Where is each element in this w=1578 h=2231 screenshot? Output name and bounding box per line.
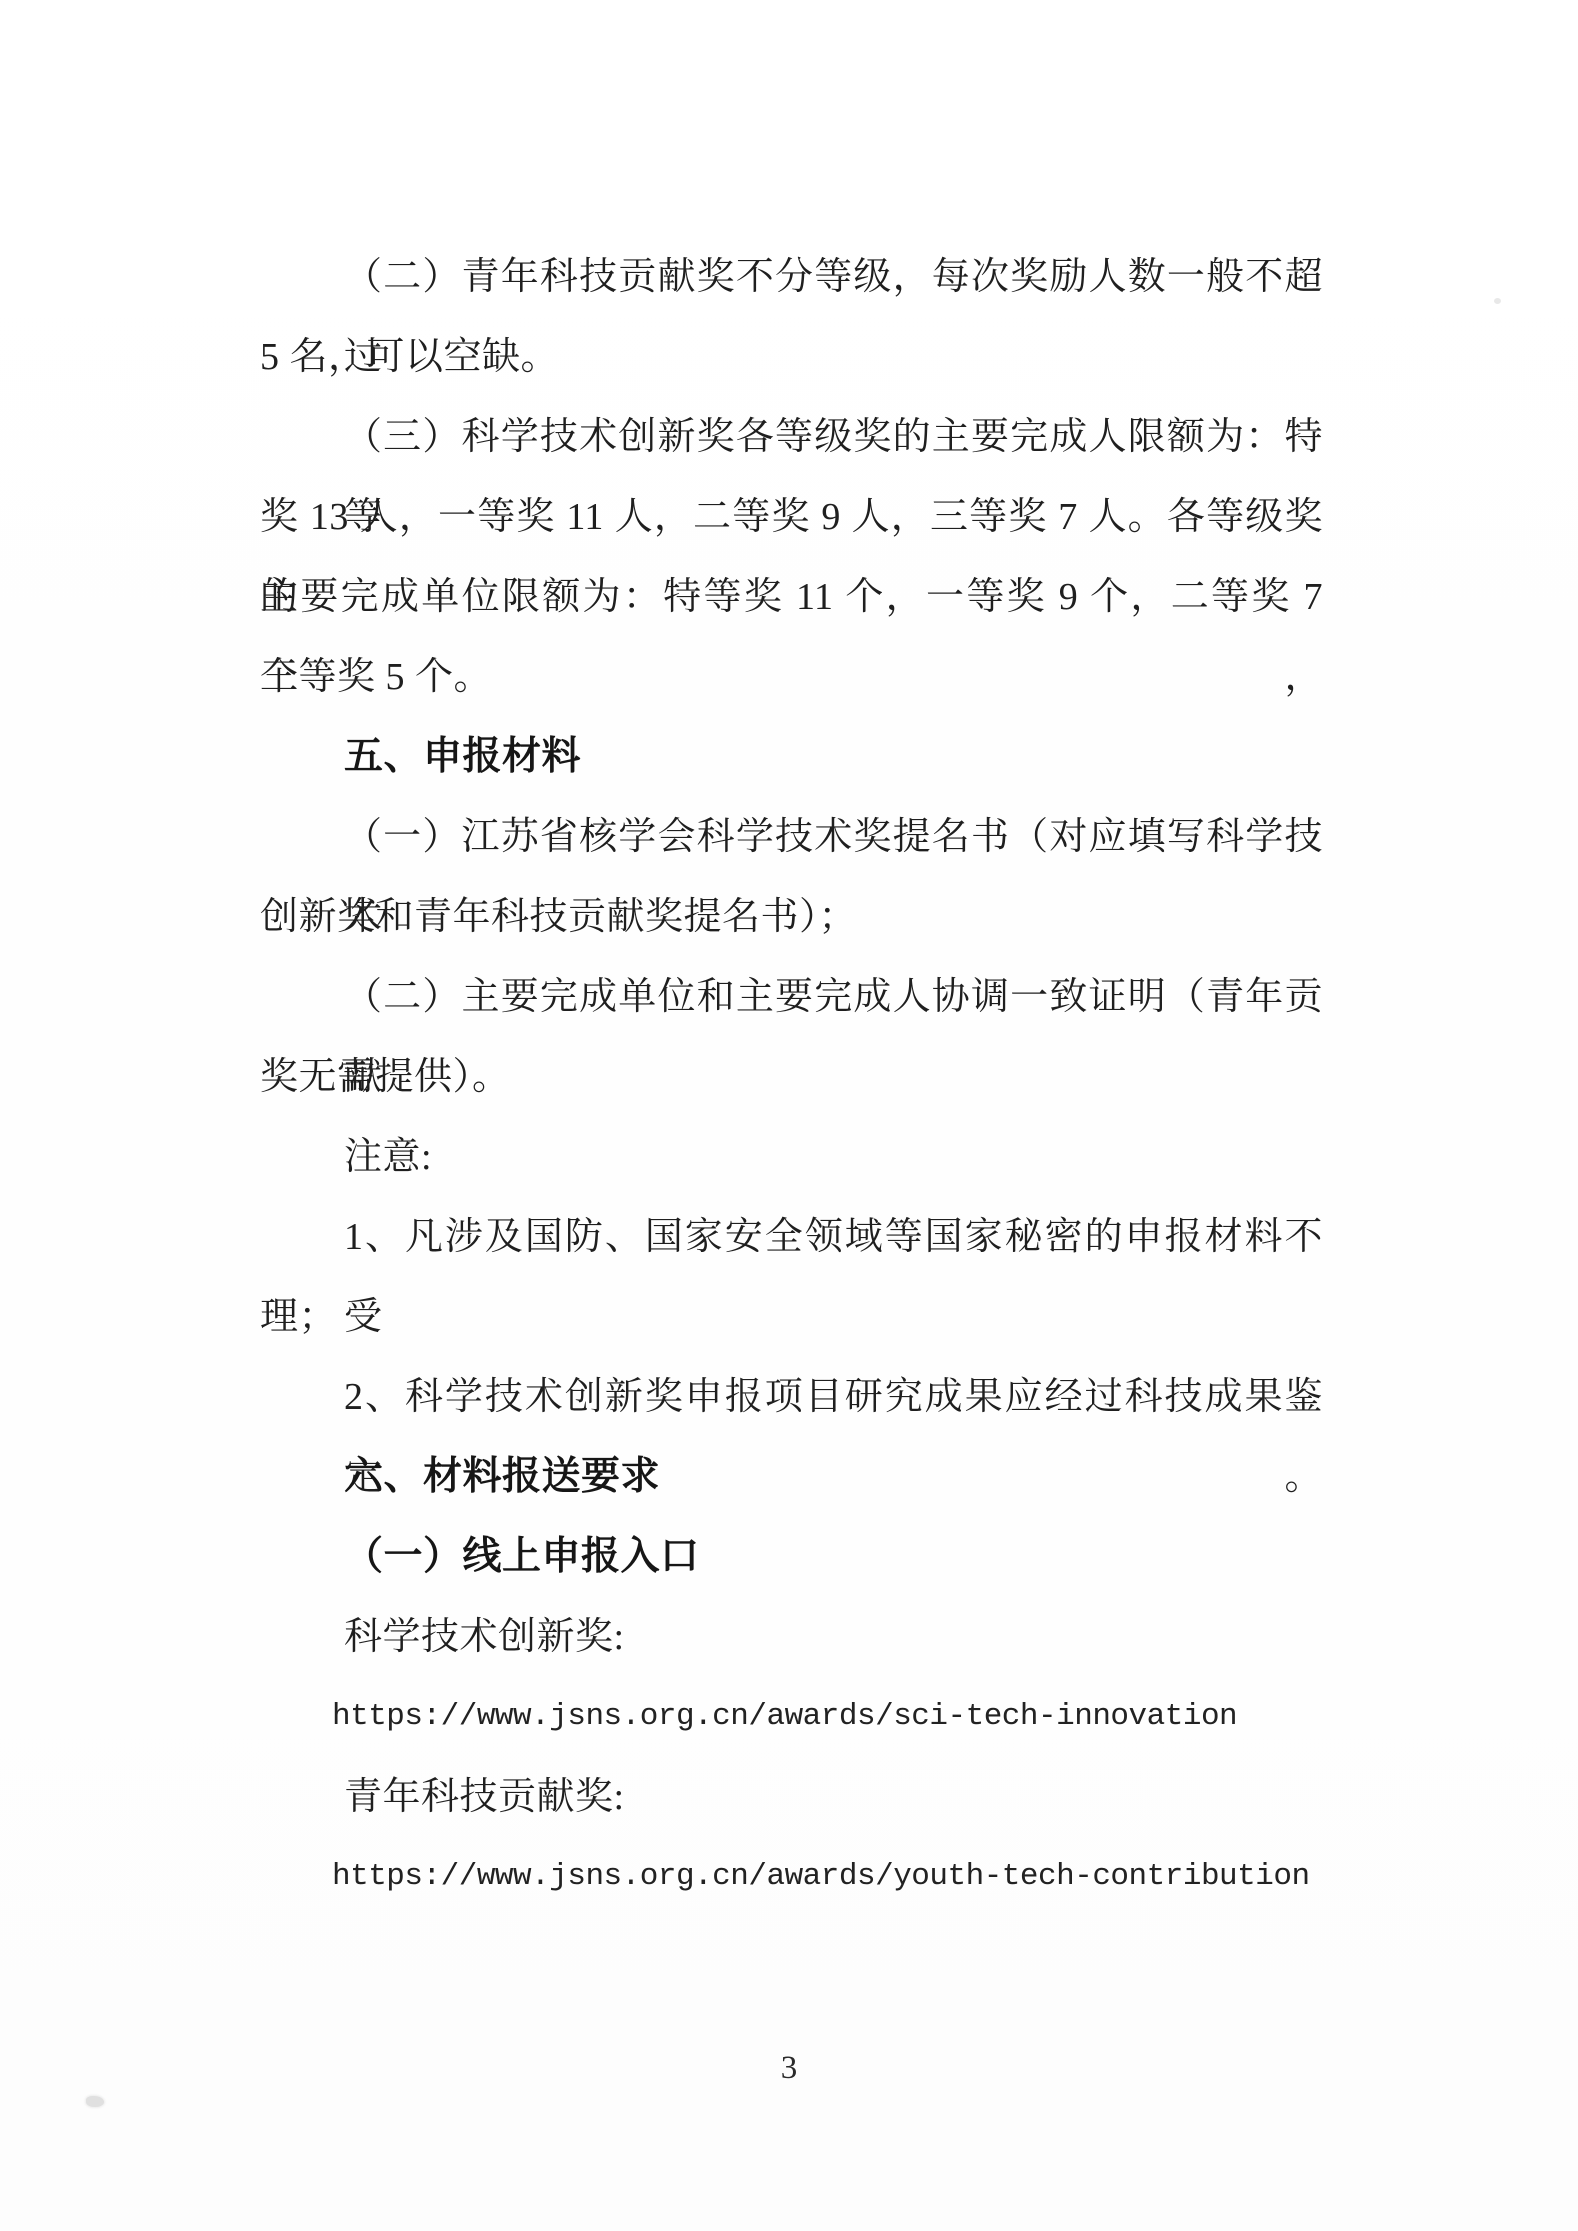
paragraph-material-2-continuation: 奖无需提供）。 <box>260 1037 1323 1117</box>
note-item-2-appraisal: 2、科学技术创新奖申报项目研究成果应经过科技成果鉴定。 <box>260 1357 1323 1437</box>
document-body: （二）青年科技贡献奖不分等级，每次奖励人数一般不超过 5 名，可以空缺。 （三）… <box>260 237 1323 1917</box>
paragraph-material-1-continuation: 创新奖和青年科技贡献奖提名书）； <box>260 877 1323 957</box>
paragraph-material-2-coordination-proof: （二）主要完成单位和主要完成人协调一致证明（青年贡献 <box>260 957 1323 1037</box>
note-label: 注意: <box>260 1117 1323 1197</box>
scan-artifact-dot <box>1494 298 1501 304</box>
scan-artifact-speck <box>86 2096 104 2107</box>
url-sci-tech-innovation: https://www.jsns.org.cn/awards/sci-tech-… <box>260 1677 1323 1757</box>
paragraph-item-2-youth-award: （二）青年科技贡献奖不分等级，每次奖励人数一般不超过 <box>260 237 1323 317</box>
scanned-document-page: （二）青年科技贡献奖不分等级，每次奖励人数一般不超过 5 名，可以空缺。 （三）… <box>0 0 1578 2231</box>
paragraph-item-3-innovation-award: （三）科学技术创新奖各等级奖的主要完成人限额为：特等 <box>260 397 1323 477</box>
paragraph-material-1-nomination-form: （一）江苏省核学会科学技术奖提名书（对应填写科学技术 <box>260 797 1323 877</box>
label-youth-tech-contribution-award: 青年科技贡献奖: <box>260 1757 1323 1837</box>
label-sci-tech-innovation-award: 科学技术创新奖: <box>260 1597 1323 1677</box>
paragraph-item-3-continuation-2: 主要完成单位限额为：特等奖 11 个，一等奖 9 个，二等奖 7 个， <box>260 557 1323 637</box>
note-item-1-continuation: 理； <box>260 1277 1323 1357</box>
paragraph-item-2-continuation: 5 名，可以空缺。 <box>260 317 1323 397</box>
heading-online-application-entry: （一）线上申报入口 <box>260 1517 1323 1597</box>
url-youth-tech-contribution: https://www.jsns.org.cn/awards/youth-tec… <box>260 1837 1323 1917</box>
note-item-1-national-secrets: 1、凡涉及国防、国家安全领域等国家秘密的申报材料不受 <box>260 1197 1323 1277</box>
heading-section-5-application-materials: 五、申报材料 <box>260 717 1323 797</box>
paragraph-item-3-continuation-1: 奖 13 人，一等奖 11 人，二等奖 9 人，三等奖 7 人。各等级奖的 <box>260 477 1323 557</box>
page-number: 3 <box>0 2038 1578 2098</box>
